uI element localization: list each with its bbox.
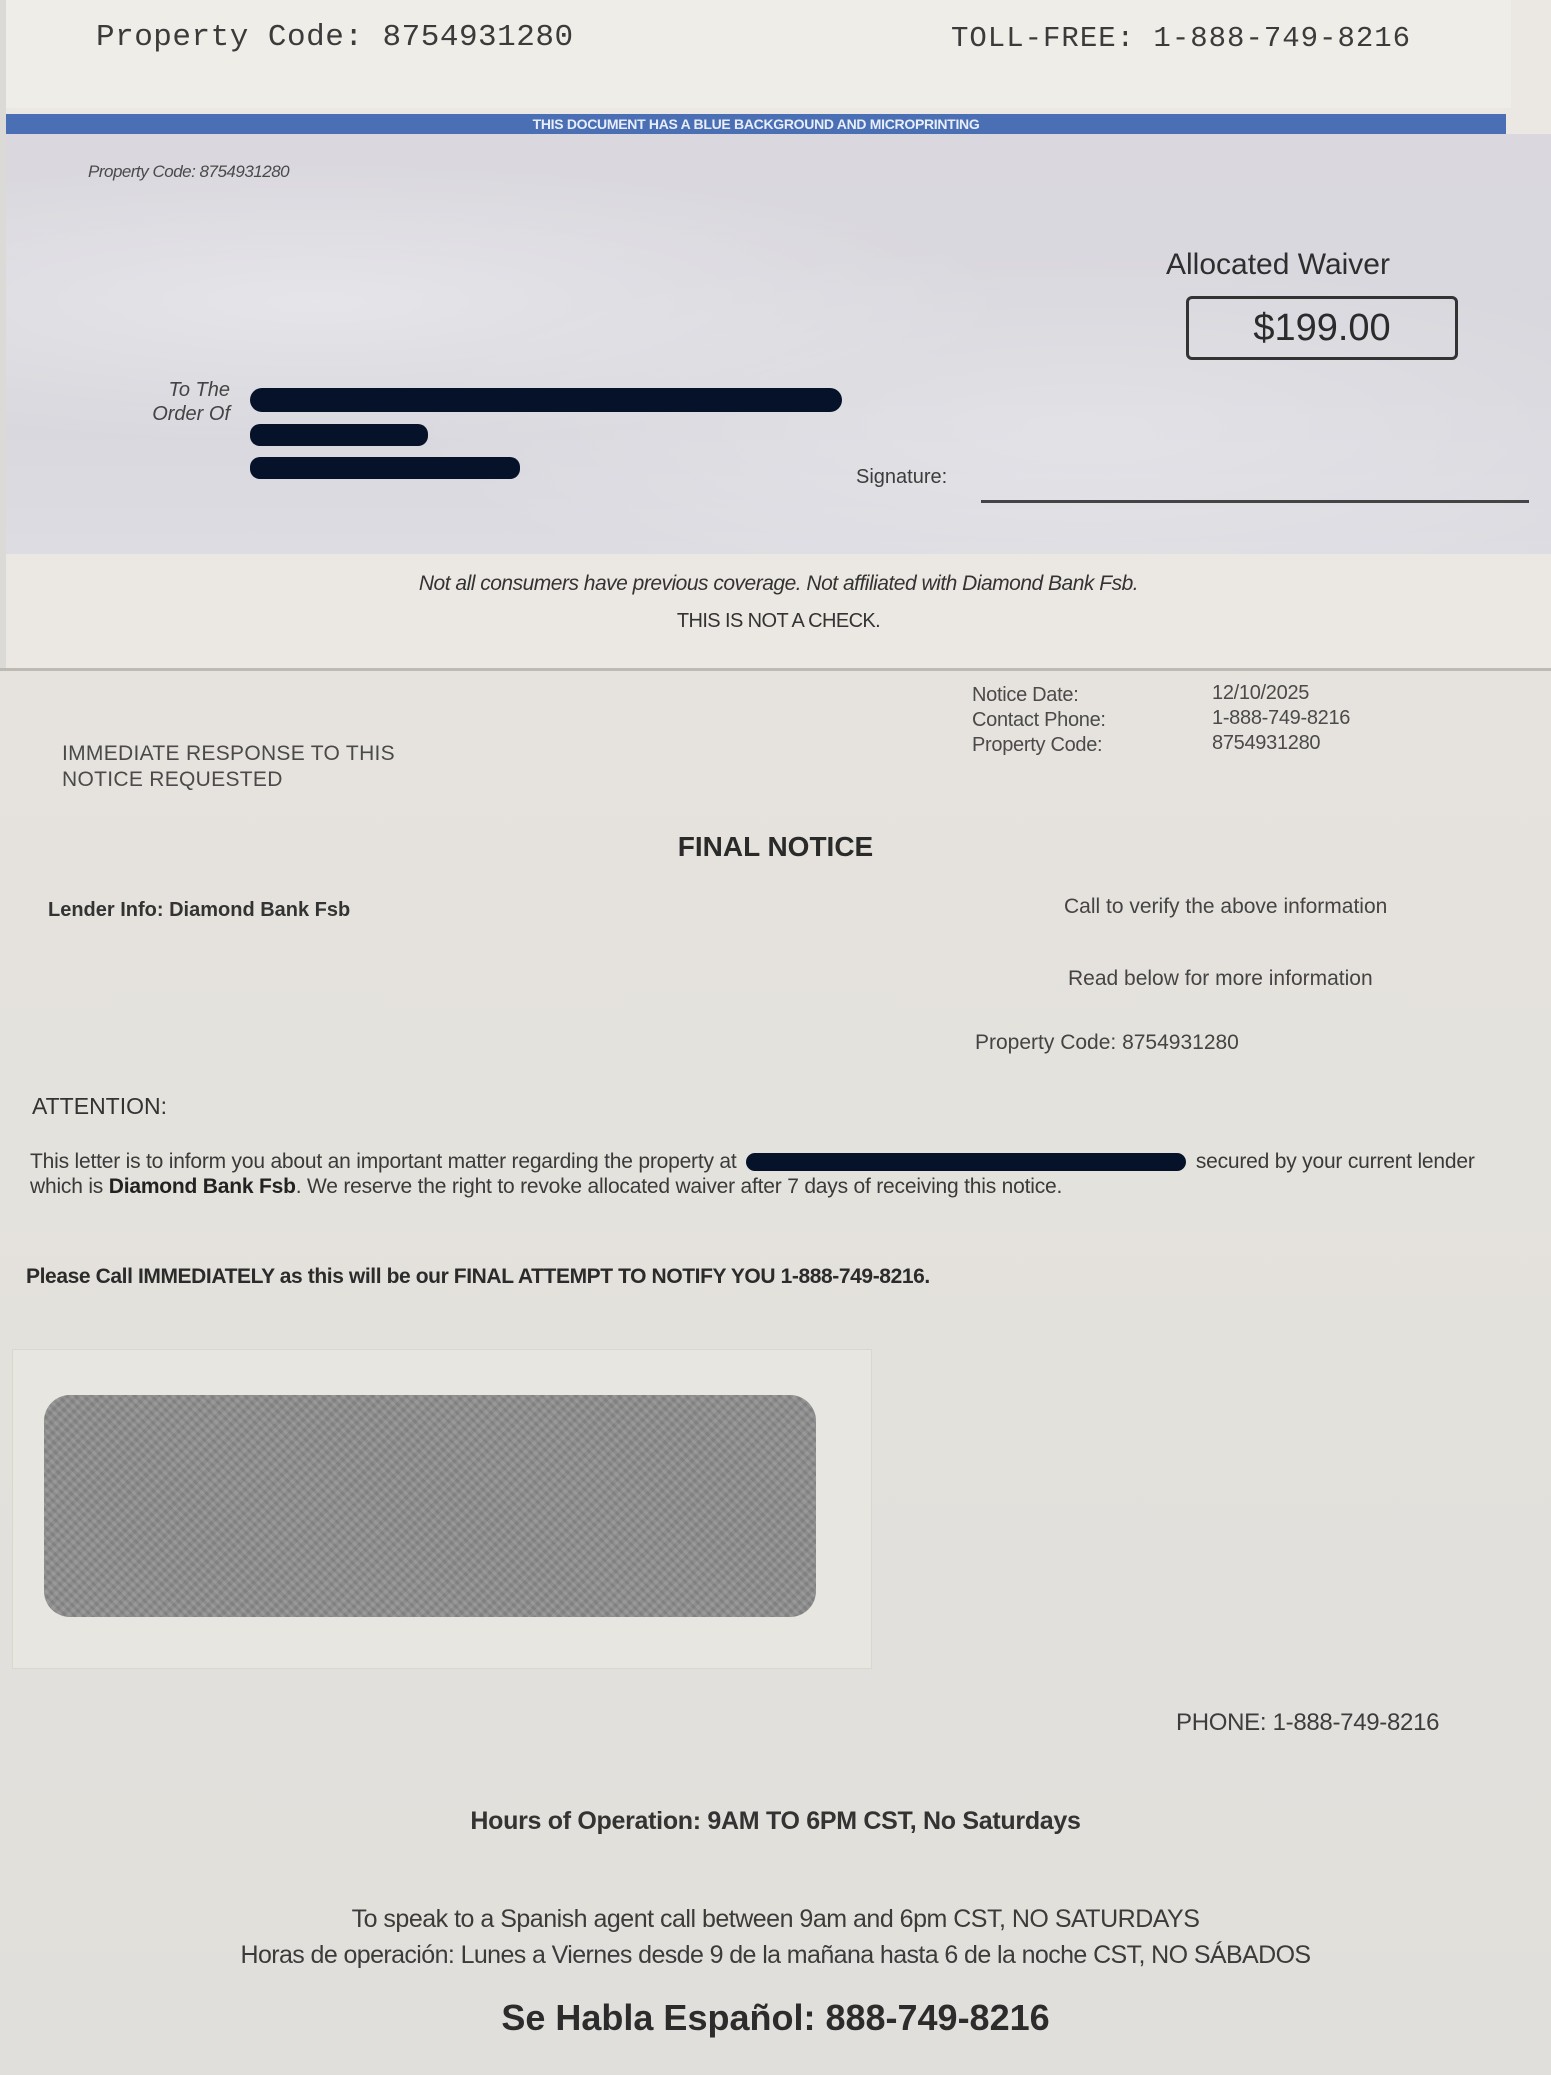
- notice-meta-values: 12/10/2025 1-888-749-8216 8754931280: [1212, 681, 1350, 756]
- payee-name-redaction: [250, 388, 842, 412]
- notice-property-code: Property Code: 8754931280: [975, 1031, 1239, 1055]
- phone-number: PHONE: 1-888-749-8216: [1176, 1709, 1439, 1737]
- spanish-agent-text: To speak to a Spanish agent call between…: [0, 1905, 1551, 1934]
- allocated-waiver-label: Allocated Waiver: [1166, 248, 1390, 282]
- se-habla-espanol: Se Habla Español: 888-749-8216: [0, 1997, 1551, 2039]
- allocated-waiver-amount: $199.00: [1186, 296, 1458, 360]
- signature-line: [981, 500, 1529, 503]
- property-address-redaction: [746, 1153, 1186, 1171]
- header-toll-free: TOLL-FREE: 1-888-749-8216: [951, 22, 1411, 55]
- read-below-text: Read below for more information: [1068, 967, 1373, 991]
- to-the-order-of-label: To The Order Of: [94, 378, 230, 426]
- notice-date-label: Notice Date:: [972, 683, 1106, 708]
- contact-phone-label: Contact Phone:: [972, 708, 1106, 733]
- signature-label: Signature:: [856, 466, 947, 489]
- notice-meta-labels: Notice Date: Contact Phone: Property Cod…: [972, 683, 1106, 758]
- spanish-hours-text: Horas de operación: Lunes a Viernes desd…: [0, 1941, 1551, 1970]
- check-sheet: Property Code: 8754931280 TOLL-FREE: 1-8…: [6, 0, 1551, 668]
- header-property-code: Property Code: 8754931280: [96, 20, 574, 55]
- address-window-redaction: [44, 1395, 816, 1617]
- payee-city-redaction: [250, 457, 520, 479]
- disclaimer-text: Not all consumers have previous coverage…: [6, 572, 1551, 596]
- property-code-value: 8754931280: [1212, 731, 1350, 756]
- notice-body-paragraph: This letter is to inform you about an im…: [30, 1149, 1510, 1199]
- contact-phone-value: 1-888-749-8216: [1212, 706, 1350, 731]
- not-a-check-text: THIS IS NOT A CHECK.: [6, 610, 1551, 633]
- check-property-code: Property Code: 8754931280: [88, 162, 289, 182]
- lender-info: Lender Info: Diamond Bank Fsb: [48, 899, 350, 922]
- notice-date-value: 12/10/2025: [1212, 681, 1350, 706]
- property-code-label: Property Code:: [972, 733, 1106, 758]
- check-body: Property Code: 8754931280 Allocated Waiv…: [6, 134, 1551, 554]
- security-banner: THIS DOCUMENT HAS A BLUE BACKGROUND AND …: [6, 114, 1506, 134]
- verify-info-text: Call to verify the above information: [1064, 895, 1387, 919]
- page-title: FINAL NOTICE: [0, 831, 1551, 863]
- final-notice-sheet: Notice Date: Contact Phone: Property Cod…: [0, 668, 1551, 2075]
- immediate-response-notice: IMMEDIATE RESPONSE TO THIS NOTICE REQUES…: [62, 741, 395, 793]
- hours-of-operation: Hours of Operation: 9AM TO 6PM CST, No S…: [0, 1807, 1551, 1836]
- payee-street-redaction: [250, 424, 428, 446]
- please-call-notice: Please Call IMMEDIATELY as this will be …: [26, 1265, 930, 1289]
- attention-heading: ATTENTION:: [32, 1093, 167, 1120]
